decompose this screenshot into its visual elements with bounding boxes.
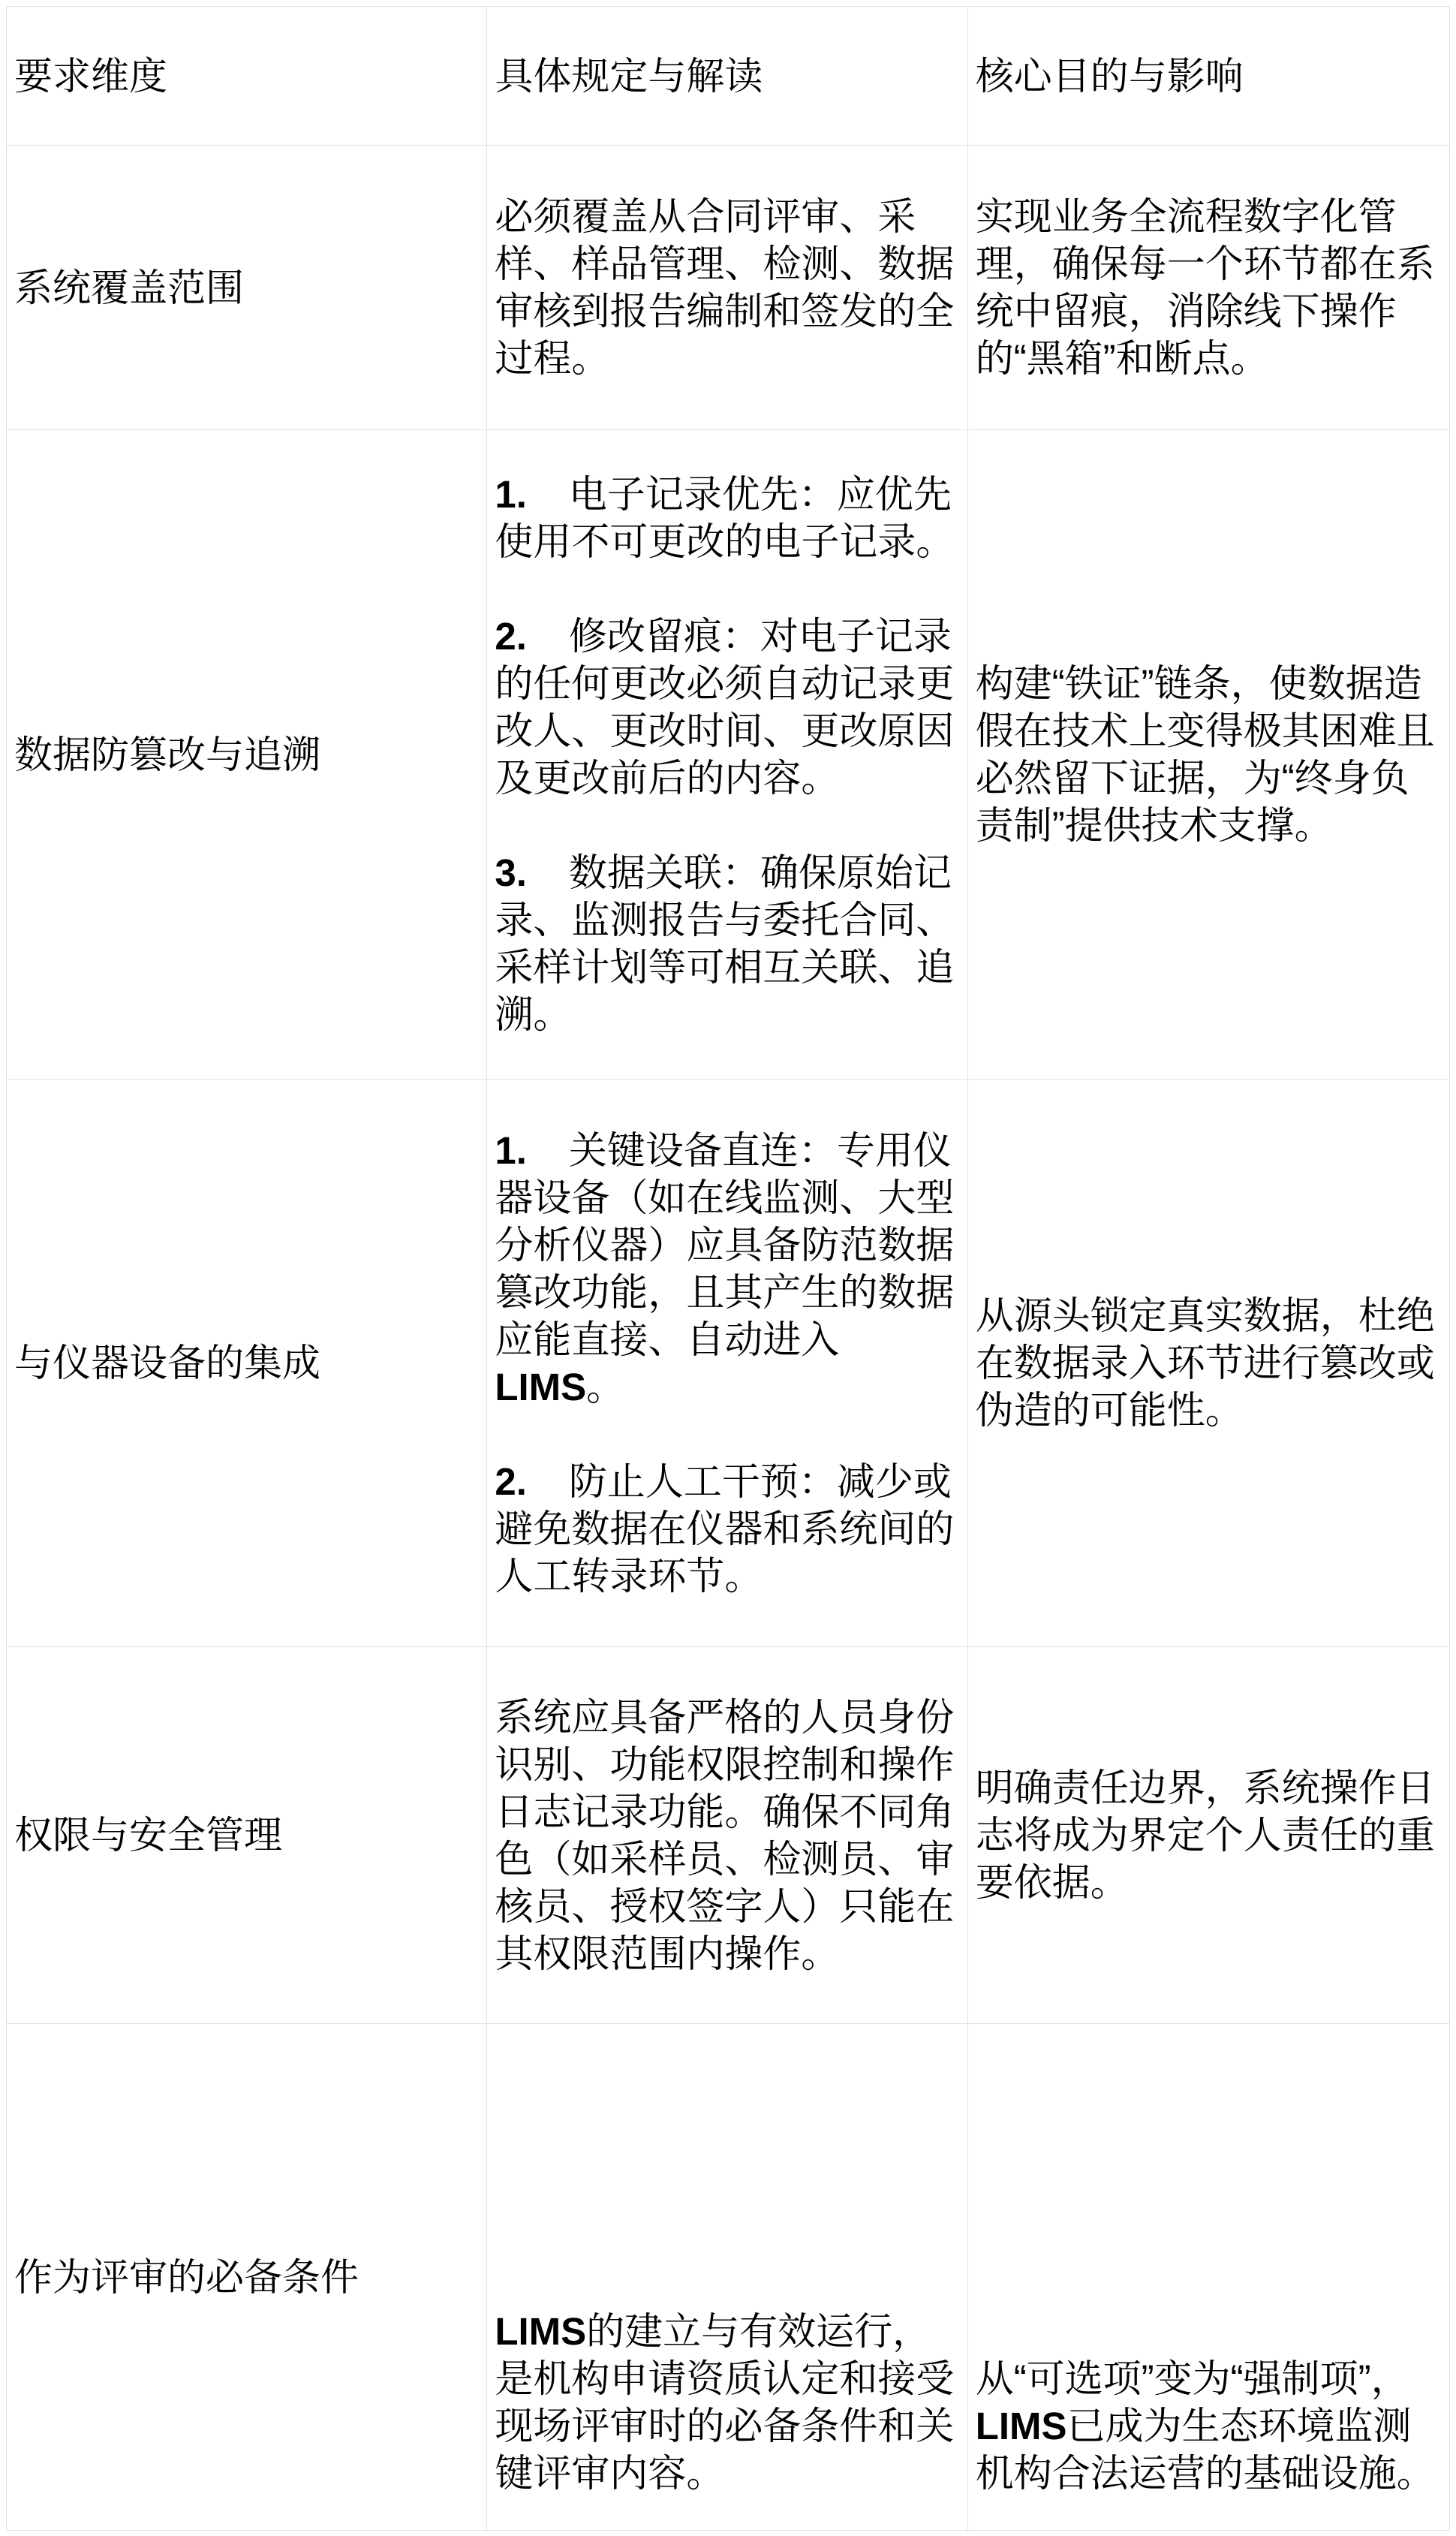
paragraph-details: 1.关键设备直连：专用仪器设备（如在线监测、大型分析仪器）应具备防范数据篡改功能… [495,1127,961,1411]
text-run: 系统应具备严格的人员身份识别、功能权限控制和操作日志记录功能。确保不同角色（如采… [495,1696,954,1975]
bold-text-run: 1. [495,1129,527,1172]
cell-details: 1.关键设备直连：专用仪器设备（如在线监测、大型分析仪器）应具备防范数据篡改功能… [487,1080,967,1647]
paragraph-details: 2.修改留痕：对电子记录的任何更改必须自动记录更改人、更改时间、更改原因及更改前… [495,613,961,802]
cell-impact: 从“可选项”变为“强制项”，LIMS已成为生态环境监测机构合法运营的基础设施。 [967,2024,1449,2531]
table-header-row: 要求维度 具体规定与解读 核心目的与影响 [7,7,1450,146]
cell-details: LIMS的建立与有效运行，是机构申请资质认定和接受现场评审时的必备条件和关键评审… [487,2024,967,2531]
paragraph-impact: 从“可选项”变为“强制项”，LIMS已成为生态环境监测机构合法运营的基础设施。 [976,2355,1443,2497]
text-run: 明确责任边界，系统操作日志将成为界定个人责任的重要依据。 [976,1766,1435,1904]
paragraph-details: 系统应具备严格的人员身份识别、功能权限控制和操作日志记录功能。确保不同角色（如采… [495,1694,961,1977]
text-run: 修改留痕：对电子记录的任何更改必须自动记录更改人、更改时间、更改原因及更改前后的… [495,615,954,800]
text-run: 电子记录优先：应优先使用不可更改的电子记录。 [495,473,954,563]
table-row: 系统覆盖范围必须覆盖从合同评审、采样、样品管理、检测、数据审核到报告编制和签发的… [7,146,1450,430]
column-header-details: 具体规定与解读 [487,7,967,146]
cell-impact: 构建“铁证”链条，使数据造假在技术上变得极其困难且必然留下证据，为“终身负责制”… [967,430,1449,1080]
text-run: 实现业务全流程数字化管理，确保每一个环节都在系统中留痕，消除线下操作的“黑箱”和… [976,195,1435,380]
text-run: 必须覆盖从合同评审、采样、样品管理、检测、数据审核到报告编制和签发的全过程。 [495,195,954,380]
text-run: 关键设备直连：专用仪器设备（如在线监测、大型分析仪器）应具备防范数据篡改功能，且… [495,1129,954,1361]
cell-dimension: 权限与安全管理 [7,1647,487,2024]
text-run: 数据关联：确保原始记录、监测报告与委托合同、采样计划等可相互关联、追溯。 [495,851,954,1036]
cell-impact: 实现业务全流程数字化管理，确保每一个环节都在系统中留痕，消除线下操作的“黑箱”和… [967,146,1449,430]
text-run: 。 [586,1366,624,1408]
cell-details: 系统应具备严格的人员身份识别、功能权限控制和操作日志记录功能。确保不同角色（如采… [487,1647,967,2024]
paragraph-impact: 实现业务全流程数字化管理，确保每一个环节都在系统中留痕，消除线下操作的“黑箱”和… [976,193,1443,382]
requirements-table: 要求维度 具体规定与解读 核心目的与影响 系统覆盖范围必须覆盖从合同评审、采样、… [6,6,1450,2531]
table-row: 权限与安全管理系统应具备严格的人员身份识别、功能权限控制和操作日志记录功能。确保… [7,1647,1450,2024]
column-header-impact: 核心目的与影响 [967,7,1449,146]
bold-text-run: 3. [495,851,527,894]
bold-text-run: LIMS [976,2405,1067,2447]
bold-text-run: 2. [495,615,527,658]
paragraph-impact: 构建“铁证”链条，使数据造假在技术上变得极其困难且必然留下证据，为“终身负责制”… [976,660,1443,849]
bold-text-run: LIMS [495,1366,586,1408]
bold-text-run: 1. [495,473,527,516]
text-run: 从源头锁定真实数据，杜绝在数据录入环节进行篡改或伪造的可能性。 [976,1294,1435,1432]
cell-dimension: 与仪器设备的集成 [7,1080,487,1647]
paragraph-details: 必须覆盖从合同评审、采样、样品管理、检测、数据审核到报告编制和签发的全过程。 [495,193,961,382]
cell-dimension: 作为评审的必备条件 [7,2024,487,2531]
table-row: 与仪器设备的集成1.关键设备直连：专用仪器设备（如在线监测、大型分析仪器）应具备… [7,1080,1450,1647]
cell-impact: 明确责任边界，系统操作日志将成为界定个人责任的重要依据。 [967,1647,1449,2024]
paragraph-details: LIMS的建立与有效运行，是机构申请资质认定和接受现场评审时的必备条件和关键评审… [495,2308,961,2497]
table-row: 数据防篡改与追溯1.电子记录优先：应优先使用不可更改的电子记录。2.修改留痕：对… [7,430,1450,1080]
text-run: 从“可选项”变为“强制项”， [976,2357,1409,2400]
paragraph-details: 1.电子记录优先：应优先使用不可更改的电子记录。 [495,471,961,565]
cell-details: 必须覆盖从合同评审、采样、样品管理、检测、数据审核到报告编制和签发的全过程。 [487,146,967,430]
bold-text-run: 2. [495,1460,527,1503]
cell-impact: 从源头锁定真实数据，杜绝在数据录入环节进行篡改或伪造的可能性。 [967,1080,1449,1647]
table-row: 作为评审的必备条件LIMS的建立与有效运行，是机构申请资质认定和接受现场评审时的… [7,2024,1450,2531]
paragraph-details: 3.数据关联：确保原始记录、监测报告与委托合同、采样计划等可相互关联、追溯。 [495,849,961,1038]
paragraph-impact: 从源头锁定真实数据，杜绝在数据录入环节进行篡改或伪造的可能性。 [976,1292,1443,1434]
column-header-dimension: 要求维度 [7,7,487,146]
paragraph-details: 2.防止人工干预：减少或避免数据在仪器和系统间的人工转录环节。 [495,1458,961,1600]
cell-dimension: 数据防篡改与追溯 [7,430,487,1080]
table-body: 系统覆盖范围必须覆盖从合同评审、采样、样品管理、检测、数据审核到报告编制和签发的… [7,146,1450,2531]
cell-dimension: 系统覆盖范围 [7,146,487,430]
text-run: 防止人工干预：减少或避免数据在仪器和系统间的人工转录环节。 [495,1460,954,1598]
text-run: 构建“铁证”链条，使数据造假在技术上变得极其困难且必然留下证据，为“终身负责制”… [976,662,1435,847]
bold-text-run: LIMS [495,2310,586,2353]
cell-details: 1.电子记录优先：应优先使用不可更改的电子记录。2.修改留痕：对电子记录的任何更… [487,430,967,1080]
paragraph-impact: 明确责任边界，系统操作日志将成为界定个人责任的重要依据。 [976,1764,1443,1906]
